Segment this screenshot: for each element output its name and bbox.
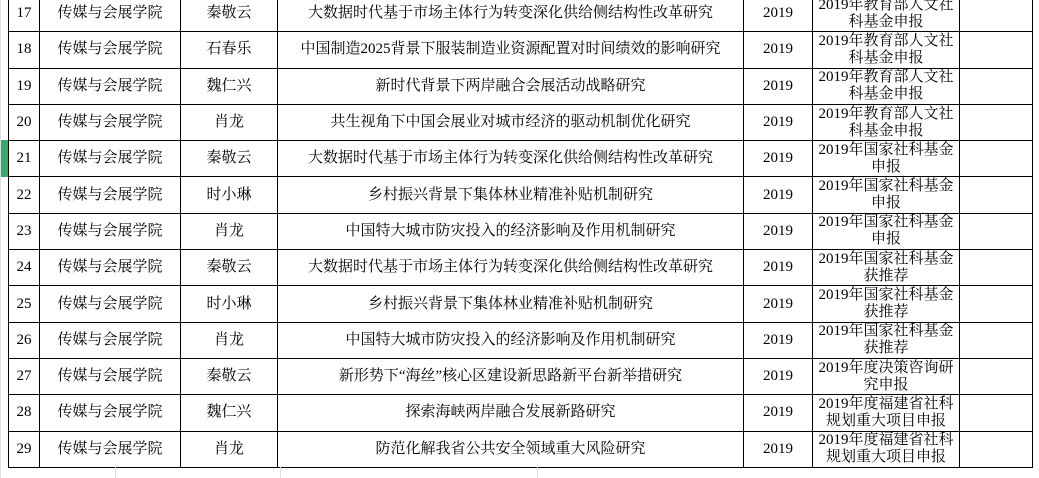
- cell-title[interactable]: 乡村振兴背景下集体林业精准补贴机制研究: [278, 286, 744, 322]
- cell-extra[interactable]: [960, 250, 1033, 286]
- cell-row-number[interactable]: 23: [9, 213, 40, 249]
- cell-row-number[interactable]: 27: [9, 358, 40, 394]
- cell-extra[interactable]: [960, 68, 1033, 104]
- table-row: 21 传媒与会展学院 秦敬云 大数据时代基于市场主体行为转变深化供给侧结构性改革…: [9, 141, 1033, 177]
- cell-category[interactable]: 2019年国家社科基金获推荐: [813, 322, 960, 358]
- cell-extra[interactable]: [960, 213, 1033, 249]
- cell-name[interactable]: 秦敬云: [181, 358, 278, 394]
- next-row-gridline: [280, 467, 281, 478]
- next-row-gridline: [115, 467, 116, 478]
- cell-name[interactable]: 秦敬云: [181, 0, 278, 32]
- cell-college[interactable]: 传媒与会展学院: [40, 250, 181, 286]
- cell-title[interactable]: 防范化解我省公共安全领域重大风险研究: [278, 431, 744, 467]
- cell-title[interactable]: 大数据时代基于市场主体行为转变深化供给侧结构性改革研究: [278, 141, 744, 177]
- cell-name[interactable]: 时小琳: [181, 177, 278, 213]
- cell-row-number[interactable]: 28: [9, 395, 40, 431]
- cell-title[interactable]: 新时代背景下两岸融合会展活动战略研究: [278, 68, 744, 104]
- cell-title[interactable]: 大数据时代基于市场主体行为转变深化供给侧结构性改革研究: [278, 250, 744, 286]
- cell-extra[interactable]: [960, 104, 1033, 140]
- cell-extra[interactable]: [960, 0, 1033, 32]
- cell-extra[interactable]: [960, 322, 1033, 358]
- cell-year[interactable]: 2019: [744, 141, 813, 177]
- cell-extra[interactable]: [960, 32, 1033, 68]
- cell-year[interactable]: 2019: [744, 68, 813, 104]
- table-row: 19 传媒与会展学院 魏仁兴 新时代背景下两岸融合会展活动战略研究 2019 2…: [9, 68, 1033, 104]
- table-row: 18 传媒与会展学院 石春乐 中国制造2025背景下服装制造业资源配置对时间绩效…: [9, 32, 1033, 68]
- cell-category[interactable]: 2019年度决策咨询研究申报: [813, 358, 960, 394]
- cell-category[interactable]: 2019年国家社科基金获推荐: [813, 250, 960, 286]
- cell-title[interactable]: 中国制造2025背景下服装制造业资源配置对时间绩效的影响研究: [278, 32, 744, 68]
- cell-college[interactable]: 传媒与会展学院: [40, 286, 181, 322]
- cell-extra[interactable]: [960, 431, 1033, 467]
- spreadsheet-viewport: 17 传媒与会展学院 秦敬云 大数据时代基于市场主体行为转变深化供给侧结构性改革…: [0, 0, 1039, 478]
- cell-year[interactable]: 2019: [744, 358, 813, 394]
- cell-year[interactable]: 2019: [744, 213, 813, 249]
- cell-year[interactable]: 2019: [744, 286, 813, 322]
- cell-extra[interactable]: [960, 358, 1033, 394]
- cell-row-number[interactable]: 25: [9, 286, 40, 322]
- cell-year[interactable]: 2019: [744, 177, 813, 213]
- cell-extra[interactable]: [960, 286, 1033, 322]
- projects-table-body: 17 传媒与会展学院 秦敬云 大数据时代基于市场主体行为转变深化供给侧结构性改革…: [9, 0, 1033, 467]
- cell-title[interactable]: 新形势下“海丝”核心区建设新思路新平台新举措研究: [278, 358, 744, 394]
- cell-title[interactable]: 探索海峡两岸融合发展新路研究: [278, 395, 744, 431]
- cell-category[interactable]: 2019年国家社科基金获推荐: [813, 286, 960, 322]
- cell-name[interactable]: 时小琳: [181, 286, 278, 322]
- table-row: 28 传媒与会展学院 魏仁兴 探索海峡两岸融合发展新路研究 2019 2019年…: [9, 395, 1033, 431]
- cell-year[interactable]: 2019: [744, 32, 813, 68]
- cell-name[interactable]: 石春乐: [181, 32, 278, 68]
- cell-college[interactable]: 传媒与会展学院: [40, 431, 181, 467]
- cell-category[interactable]: 2019年度福建省社科规划重大项目申报: [813, 431, 960, 467]
- cell-year[interactable]: 2019: [744, 431, 813, 467]
- table-row: 29 传媒与会展学院 肖龙 防范化解我省公共安全领域重大风险研究 2019 20…: [9, 431, 1033, 467]
- cell-college[interactable]: 传媒与会展学院: [40, 104, 181, 140]
- cell-college[interactable]: 传媒与会展学院: [40, 141, 181, 177]
- cell-title[interactable]: 乡村振兴背景下集体林业精准补贴机制研究: [278, 177, 744, 213]
- cell-category[interactable]: 2019年国家社科基金申报: [813, 213, 960, 249]
- cell-title[interactable]: 共生视角下中国会展业对城市经济的驱动机制优化研究: [278, 104, 744, 140]
- cell-year[interactable]: 2019: [744, 395, 813, 431]
- cell-year[interactable]: 2019: [744, 322, 813, 358]
- cell-name[interactable]: 肖龙: [181, 213, 278, 249]
- table-row: 24 传媒与会展学院 秦敬云 大数据时代基于市场主体行为转变深化供给侧结构性改革…: [9, 250, 1033, 286]
- cell-name[interactable]: 肖龙: [181, 322, 278, 358]
- projects-table: 17 传媒与会展学院 秦敬云 大数据时代基于市场主体行为转变深化供给侧结构性改革…: [8, 0, 1033, 468]
- cell-category[interactable]: 2019年国家社科基金申报: [813, 177, 960, 213]
- cell-row-number[interactable]: 26: [9, 322, 40, 358]
- cell-row-number[interactable]: 17: [9, 0, 40, 32]
- cell-row-number[interactable]: 29: [9, 431, 40, 467]
- cell-college[interactable]: 传媒与会展学院: [40, 0, 181, 32]
- cell-name[interactable]: 秦敬云: [181, 141, 278, 177]
- cell-name[interactable]: 魏仁兴: [181, 68, 278, 104]
- cell-extra[interactable]: [960, 141, 1033, 177]
- cell-category[interactable]: 2019年教育部人文社科基金申报: [813, 104, 960, 140]
- table-row: 25 传媒与会展学院 时小琳 乡村振兴背景下集体林业精准补贴机制研究 2019 …: [9, 286, 1033, 322]
- cell-row-number[interactable]: 21: [9, 141, 40, 177]
- cell-year[interactable]: 2019: [744, 104, 813, 140]
- cell-category[interactable]: 2019年教育部人文社科基金申报: [813, 0, 960, 32]
- cell-year[interactable]: 2019: [744, 250, 813, 286]
- table-row: 22 传媒与会展学院 时小琳 乡村振兴背景下集体林业精准补贴机制研究 2019 …: [9, 177, 1033, 213]
- cell-category[interactable]: 2019年教育部人文社科基金申报: [813, 32, 960, 68]
- cell-college[interactable]: 传媒与会展学院: [40, 32, 181, 68]
- cell-row-number[interactable]: 19: [9, 68, 40, 104]
- cell-extra[interactable]: [960, 395, 1033, 431]
- table-row: 20 传媒与会展学院 肖龙 共生视角下中国会展业对城市经济的驱动机制优化研究 2…: [9, 104, 1033, 140]
- cell-extra[interactable]: [960, 177, 1033, 213]
- cell-name[interactable]: 秦敬云: [181, 250, 278, 286]
- table-row: 26 传媒与会展学院 肖龙 中国特大城市防灾投入的经济影响及作用机制研究 201…: [9, 322, 1033, 358]
- cell-name[interactable]: 肖龙: [181, 431, 278, 467]
- cell-name[interactable]: 魏仁兴: [181, 395, 278, 431]
- cell-title[interactable]: 大数据时代基于市场主体行为转变深化供给侧结构性改革研究: [278, 0, 744, 32]
- cell-category[interactable]: 2019年国家社科基金申报: [813, 141, 960, 177]
- cell-row-number[interactable]: 24: [9, 250, 40, 286]
- table-row: 17 传媒与会展学院 秦敬云 大数据时代基于市场主体行为转变深化供给侧结构性改革…: [9, 0, 1033, 32]
- cell-title[interactable]: 中国特大城市防灾投入的经济影响及作用机制研究: [278, 213, 744, 249]
- cell-title[interactable]: 中国特大城市防灾投入的经济影响及作用机制研究: [278, 322, 744, 358]
- left-edge-gridline: [0, 0, 1, 478]
- cell-row-number[interactable]: 22: [9, 177, 40, 213]
- cell-category[interactable]: 2019年教育部人文社科基金申报: [813, 68, 960, 104]
- cell-row-number[interactable]: 20: [9, 104, 40, 140]
- cell-year[interactable]: 2019: [744, 0, 813, 32]
- next-row-gridline: [537, 467, 538, 478]
- cell-college[interactable]: 传媒与会展学院: [40, 213, 181, 249]
- cell-college[interactable]: 传媒与会展学院: [40, 68, 181, 104]
- selection-indicator: [1, 140, 8, 177]
- cell-college[interactable]: 传媒与会展学院: [40, 322, 181, 358]
- cell-college[interactable]: 传媒与会展学院: [40, 177, 181, 213]
- table-row: 23 传媒与会展学院 肖龙 中国特大城市防灾投入的经济影响及作用机制研究 201…: [9, 213, 1033, 249]
- table-row: 27 传媒与会展学院 秦敬云 新形势下“海丝”核心区建设新思路新平台新举措研究 …: [9, 358, 1033, 394]
- cell-category[interactable]: 2019年度福建省社科规划重大项目申报: [813, 395, 960, 431]
- cell-row-number[interactable]: 18: [9, 32, 40, 68]
- cell-name[interactable]: 肖龙: [181, 104, 278, 140]
- cell-college[interactable]: 传媒与会展学院: [40, 395, 181, 431]
- cell-college[interactable]: 传媒与会展学院: [40, 358, 181, 394]
